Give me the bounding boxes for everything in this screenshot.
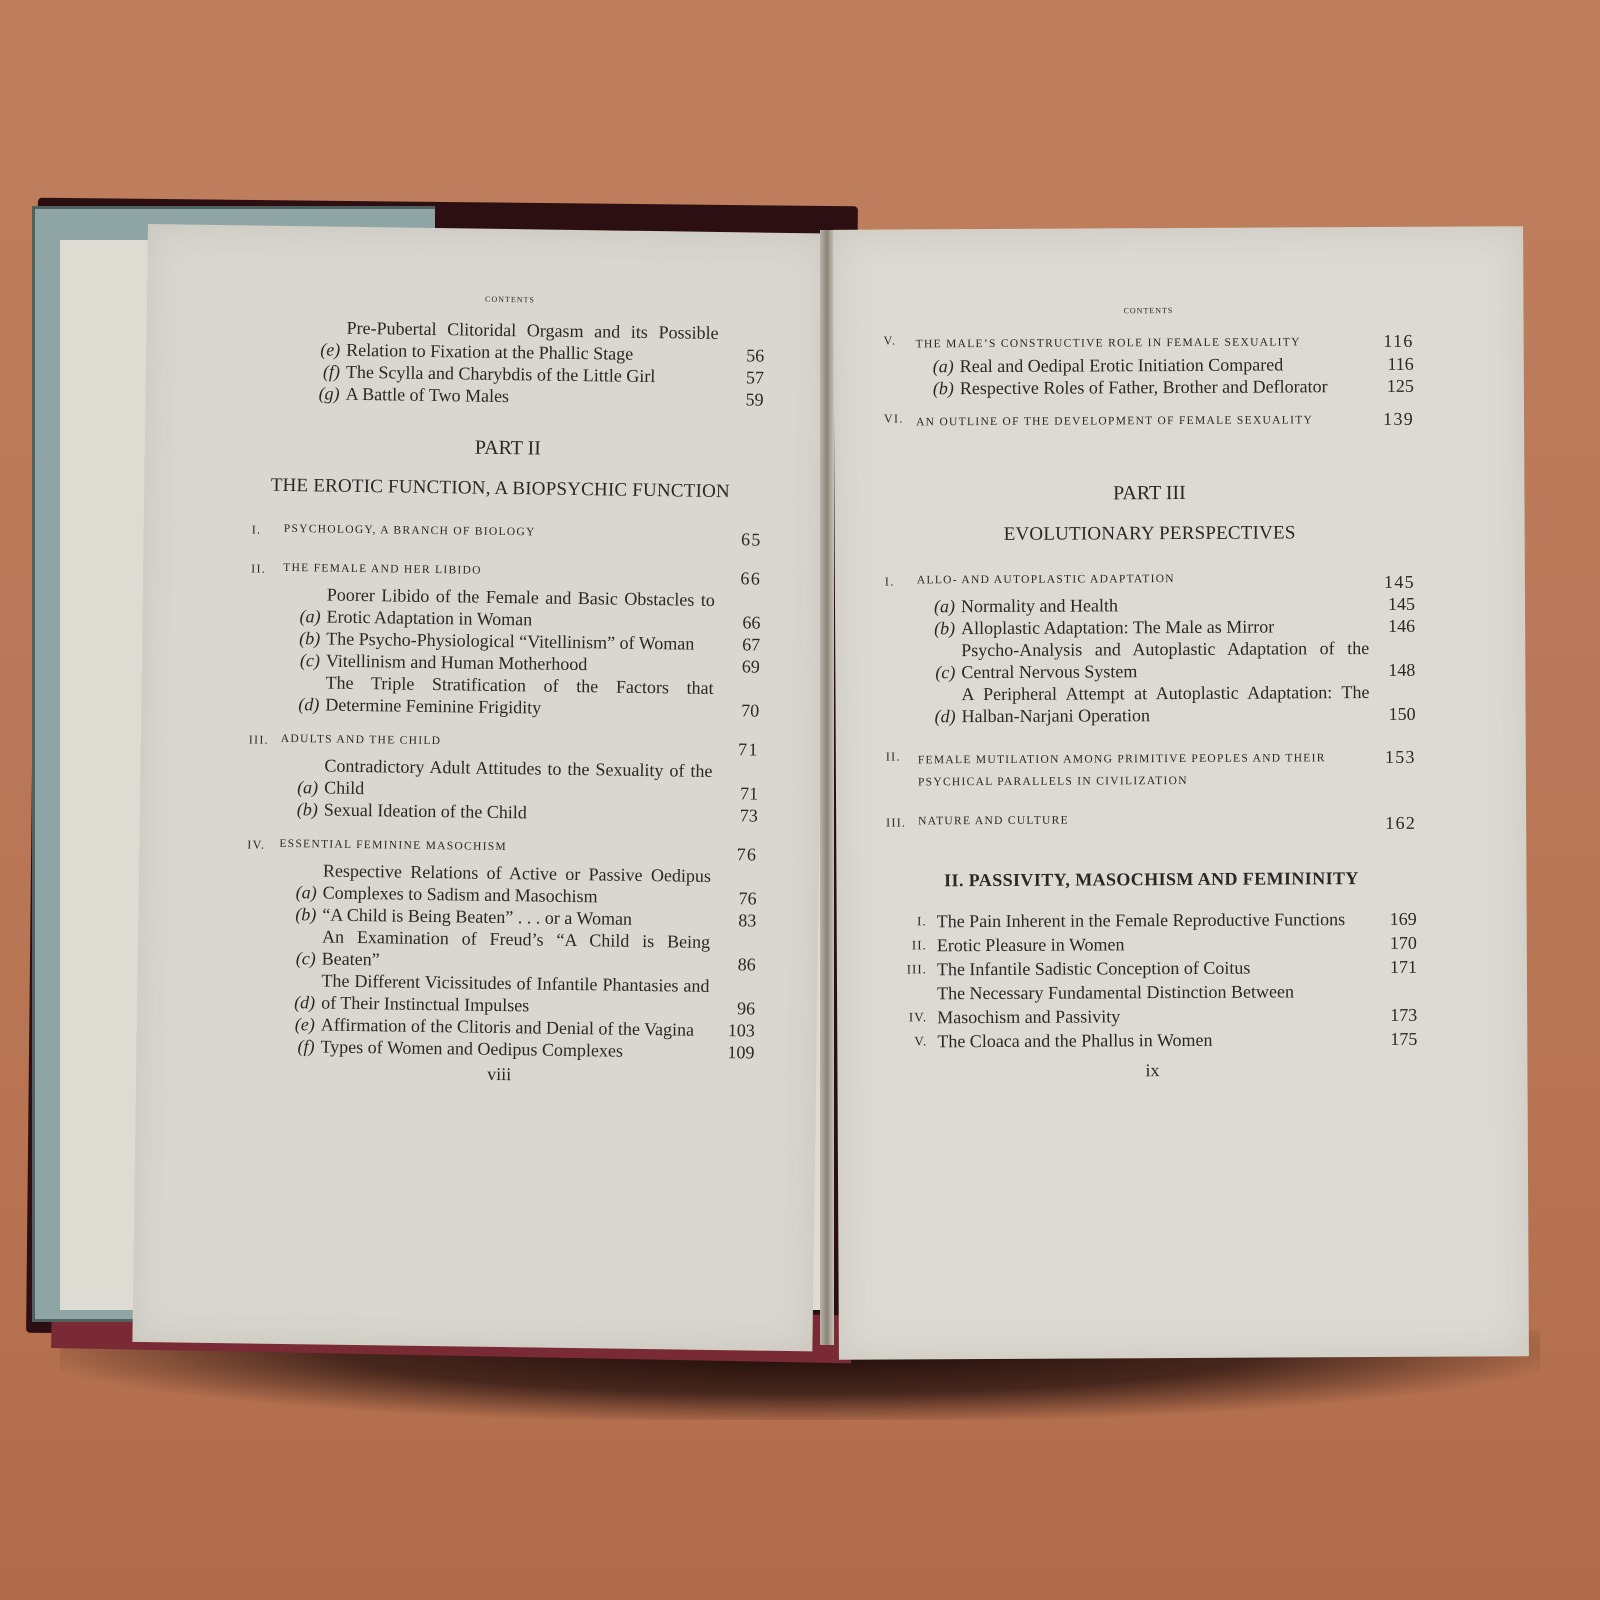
toc-item[interactable]: (b)Respective Roles of Father, Brother a…	[924, 375, 1414, 400]
chapter-items: (a)Real and Oedipal Erotic Initiation Co…	[884, 353, 1414, 400]
toc-chapter[interactable]: III. NATURE AND CULTURE 162	[886, 813, 1416, 837]
toc-item[interactable]: (e) Pre-Pubertal Clitoridal Orgasm and i…	[310, 316, 765, 366]
toc-item[interactable]: (a)Respective Relations of Active or Pas…	[287, 859, 758, 910]
section-heading: II. PASSIVITY, MASOCHISM AND FEMININITY	[886, 868, 1416, 892]
toc-item[interactable]: (c)An Examination of Freud’s “A Child is…	[286, 925, 757, 976]
book-gutter	[820, 230, 834, 1345]
toc-chapter[interactable]: I. PSYCHOLOGY, A BRANCH OF BIOLOGY 65	[252, 522, 762, 550]
toc-item[interactable]: (a)Poorer Libido of the Female and Basic…	[290, 583, 761, 634]
section-items: I.The Pain Inherent in the Female Reprod…	[887, 907, 1418, 1054]
chapter-items: (a)Respective Relations of Active or Pas…	[244, 858, 757, 1063]
toc-item[interactable]: IV.The Necessary Fundamental Distinction…	[887, 979, 1417, 1030]
chapter-items: (a)Contradictory Adult Attitudes to the …	[248, 753, 759, 826]
toc-item[interactable]: (d)The Different Vicissitudes of Infanti…	[285, 969, 756, 1020]
toc-chapter[interactable]: VI. AN OUTLINE OF THE DEVELOPMENT OF FEM…	[884, 409, 1414, 434]
continued-items: (e) Pre-Pubertal Clitoridal Orgasm and i…	[254, 315, 765, 410]
right-page: CONTENTS V. THE MALE’S CONSTRUCTIVE ROLE…	[833, 226, 1529, 1360]
chapter-items: (a)Normality and Health145 (b)Alloplasti…	[885, 593, 1416, 728]
toc-chapter[interactable]: V. THE MALE’S CONSTRUCTIVE ROLE IN FEMAL…	[884, 331, 1414, 356]
toc-item[interactable]: (a)Real and Oedipal Erotic Initiation Co…	[924, 353, 1414, 378]
toc-item[interactable]: V.The Cloaca and the Phallus in Women175	[887, 1027, 1417, 1054]
toc-item[interactable]: (b)Alloplastic Adaptation: The Male as M…	[925, 615, 1415, 640]
chapter-items: (a)Poorer Libido of the Female and Basic…	[249, 582, 761, 721]
left-page: CONTENTS (e) Pre-Pubertal Clitoridal Org…	[132, 224, 828, 1351]
toc-item[interactable]: (a)Normality and Health145	[925, 593, 1415, 618]
part-subtitle: EVOLUTIONARY PERSPECTIVES	[885, 522, 1415, 547]
toc-chapter[interactable]: I. ALLO- AND AUTOPLASTIC ADAPTATION 145	[885, 572, 1415, 596]
running-head: CONTENTS	[255, 290, 765, 309]
toc-item[interactable]: II.Erotic Pleasure in Women170	[887, 931, 1417, 958]
part-title: PART III	[884, 481, 1414, 507]
part-subtitle: THE EROTIC FUNCTION, A BIOPSYCHIC FUNCTI…	[238, 474, 762, 503]
running-head: CONTENTS	[883, 303, 1413, 318]
page-number: ix	[887, 1059, 1417, 1083]
toc-item[interactable]: (d)A Peripheral Attempt at Autoplastic A…	[925, 681, 1415, 728]
toc-item[interactable]: (a)Contradictory Adult Attitudes to the …	[288, 754, 759, 805]
page-number: viii	[244, 1060, 754, 1088]
toc-item[interactable]: I.The Pain Inherent in the Female Reprod…	[887, 907, 1417, 934]
part-title: PART II	[253, 433, 763, 463]
toc-item[interactable]: III.The Infantile Sadistic Conception of…	[887, 955, 1417, 982]
toc-item[interactable]: (c)Psycho-Analysis and Autoplastic Adapt…	[925, 637, 1415, 684]
toc-item[interactable]: (d)The Triple Stratification of the Fact…	[289, 671, 760, 722]
toc-chapter[interactable]: II. FEMALE MUTILATION AMONG PRIMITIVE PE…	[886, 747, 1416, 794]
